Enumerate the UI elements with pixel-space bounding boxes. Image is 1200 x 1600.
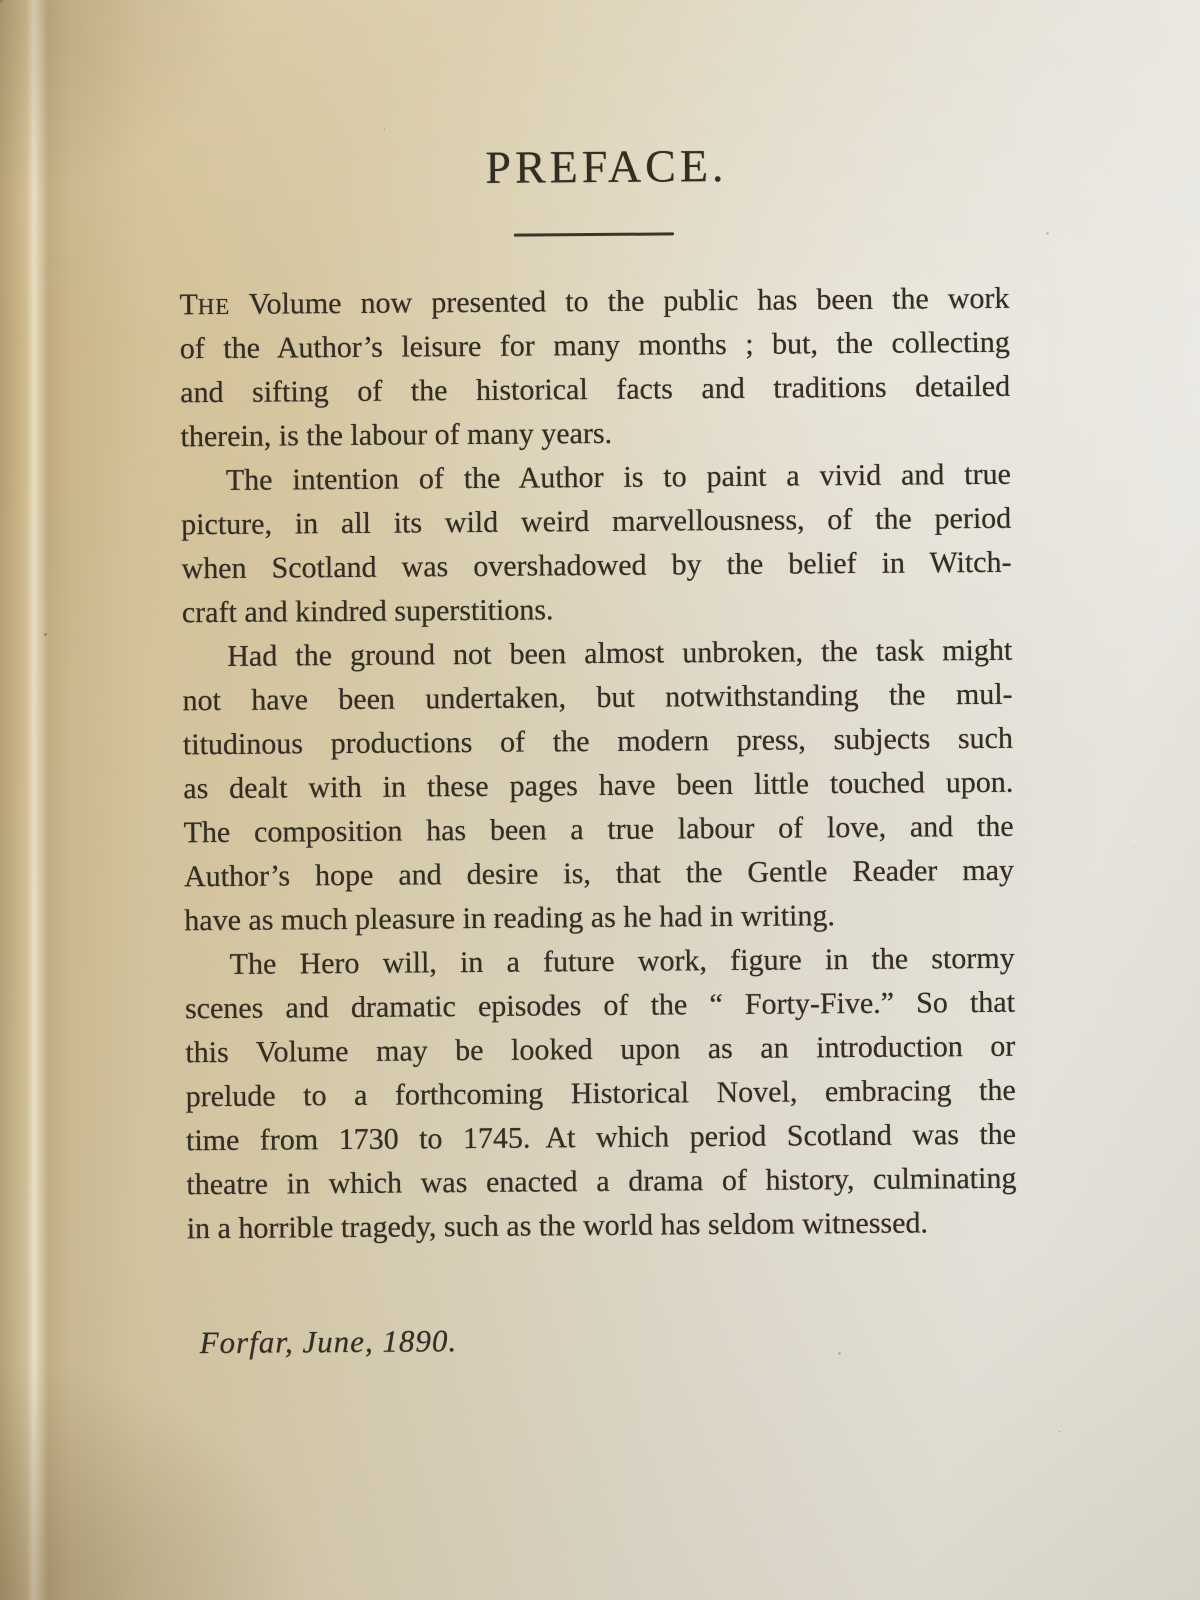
text-line: therein, is the labour of many years. <box>180 408 1010 459</box>
text-line: in a horrible tragedy, such as the world… <box>187 1200 1017 1251</box>
title-rule <box>514 232 674 236</box>
text-line: scenes and dramatic episodes of the “ Fo… <box>185 980 1015 1031</box>
text-line: have as much pleasure in reading as he h… <box>184 892 1014 943</box>
text-line: craft and kindred superstitions. <box>182 584 1012 635</box>
text-line: and sifting of the historical facts and … <box>180 364 1010 415</box>
text-line: not have been undertaken, but notwithsta… <box>182 672 1012 723</box>
text-line: prelude to a forthcoming Historical Nove… <box>186 1068 1016 1119</box>
text-line: The Hero will, in a future work, figure … <box>185 936 1015 987</box>
page-title: PREFACE. <box>204 137 1008 196</box>
text-line: titudinous productions of the modern pre… <box>183 716 1013 767</box>
text-line: when Scotland was overshadowed by the be… <box>181 540 1011 591</box>
text-line: theatre in which was enacted a drama of … <box>186 1156 1016 1207</box>
text-line: The intention of the Author is to paint … <box>181 452 1011 503</box>
preface-body: THE Volume now presented to the public h… <box>179 276 1017 1250</box>
signature-line: Forfar, June, 1890. <box>188 1318 1018 1361</box>
text-line: The composition has been a true labour o… <box>183 804 1013 855</box>
text-line: time from 1730 to 1745. At which period … <box>186 1112 1016 1163</box>
text-line: as dealt with in these pages have been l… <box>183 760 1013 811</box>
book-page: PREFACE. THE Volume now presented to the… <box>178 137 1018 1361</box>
text-line: Had the ground not been almost unbroken,… <box>182 628 1012 679</box>
text-line: this Volume may be looked upon as an int… <box>185 1024 1015 1075</box>
text-line-content: Volume now presented to the public has b… <box>230 281 1010 320</box>
book-page-photo: PREFACE. THE Volume now presented to the… <box>0 0 1200 1600</box>
dropcap-lead: T <box>179 288 198 321</box>
text-line: picture, in all its wild weird marvellou… <box>181 496 1011 547</box>
text-line: THE Volume now presented to the public h… <box>179 276 1009 327</box>
paper-speck <box>0 0 3 3</box>
smallcaps-lead: HE <box>198 293 231 318</box>
text-line: of the Author’s leisure for many months … <box>180 320 1010 371</box>
text-line: Author’s hope and desire is, that the Ge… <box>184 848 1014 899</box>
